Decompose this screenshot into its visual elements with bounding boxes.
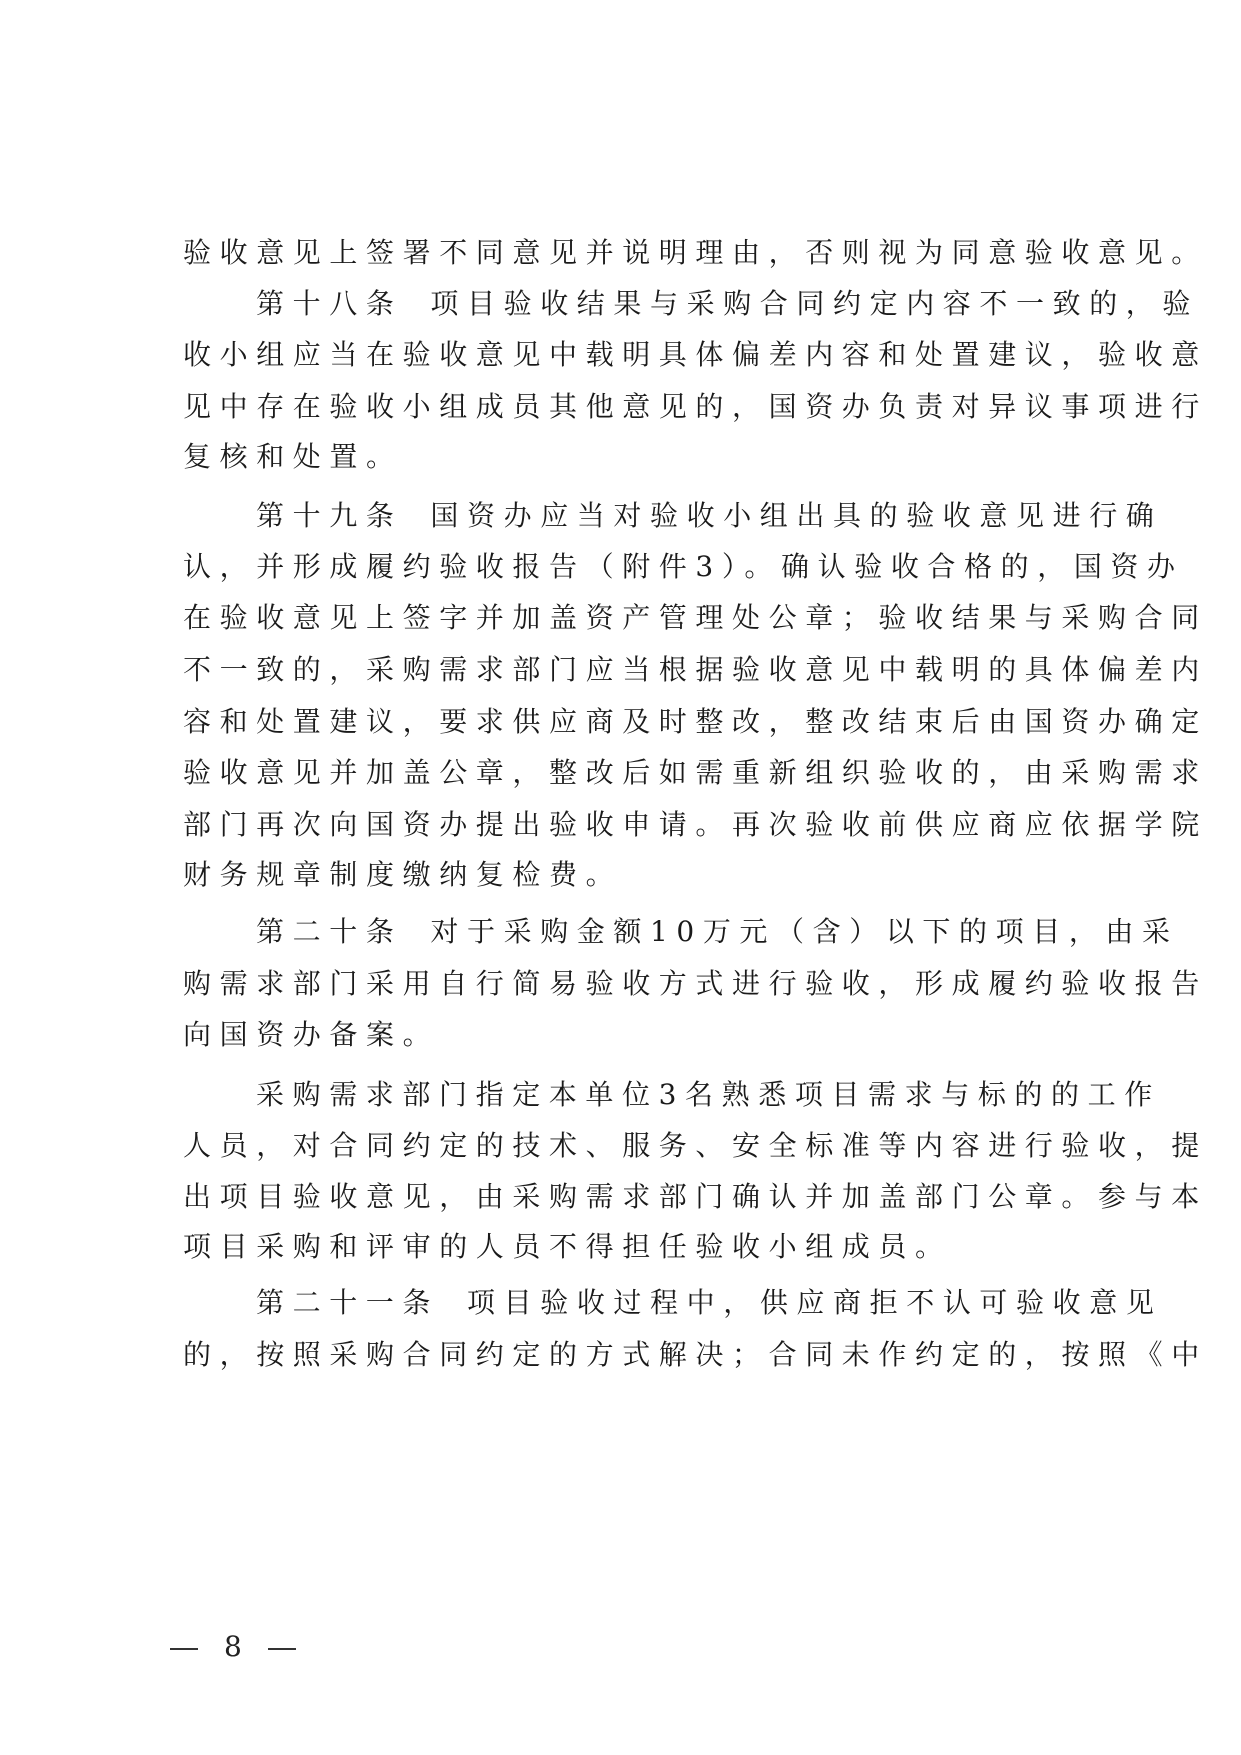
text-line: 认，并形成履约验收报告（附件3）。确认验收合格的，国资办 [183, 551, 1184, 583]
text-line: 收小组应当在验收意见中载明具体偏差内容和处置建议，验收意 [183, 339, 1208, 371]
article-21-first-line: 第二十一条项目验收过程中，供应商拒不认可验收意见 [256, 1287, 1162, 1319]
text-line: 购需求部门采用自行简易验收方式进行验收，形成履约验收报告 [183, 968, 1208, 1000]
article-heading: 第十八条 [256, 287, 402, 320]
text-line: 验收意见上签署不同意见并说明理由，否则视为同意验收意见。 [183, 237, 1208, 269]
article-18-first-line: 第十八条项目验收结果与采购合同约定内容不一致的，验 [256, 288, 1199, 320]
text-line: 见中存在验收小组成员其他意见的，国资办负责对异议事项进行 [183, 391, 1208, 423]
page-footer: 8 [170, 1630, 296, 1663]
text-line: 项目验收结果与采购合同约定内容不一致的，验 [430, 287, 1199, 320]
dash-left-icon [170, 1648, 198, 1650]
article-19-first-line: 第十九条国资办应当对验收小组出具的验收意见进行确 [256, 500, 1162, 532]
text-line: 在验收意见上签字并加盖资产管理处公章；验收结果与采购合同 [183, 602, 1208, 634]
text-line: 对于采购金额10万元（含）以下的项目，由采 [430, 915, 1178, 948]
text-line: 验收意见并加盖公章，整改后如需重新组织验收的，由采购需求 [183, 757, 1208, 789]
text-line: 项目验收过程中，供应商拒不认可验收意见 [467, 1286, 1162, 1319]
article-heading: 第十九条 [256, 499, 402, 532]
text-line: 采购需求部门指定本单位3名熟悉项目需求与标的的工作 [256, 1079, 1161, 1111]
text-line: 国资办应当对验收小组出具的验收意见进行确 [430, 499, 1162, 532]
text-line: 财务规章制度缴纳复检费。 [183, 859, 622, 891]
text-line: 容和处置建议，要求供应商及时整改，整改结束后由国资办确定 [183, 706, 1208, 738]
text-line: 出项目验收意见，由采购需求部门确认并加盖部门公章。参与本 [183, 1181, 1208, 1213]
text-line: 复核和处置。 [183, 441, 403, 473]
text-line: 人员，对合同约定的技术、服务、安全标准等内容进行验收，提 [183, 1130, 1208, 1162]
text-line: 不一致的，采购需求部门应当根据验收意见中载明的具体偏差内 [183, 654, 1208, 686]
text-line: 部门再次向国资办提出验收申请。再次验收前供应商应依据学院 [183, 809, 1208, 841]
article-heading: 第二十一条 [256, 1286, 439, 1319]
page-number: 8 [224, 1630, 242, 1663]
text-line: 向国资办备案。 [183, 1019, 439, 1051]
dash-right-icon [268, 1648, 296, 1650]
text-line: 的，按照采购合同约定的方式解决；合同未作约定的，按照《中 [183, 1339, 1208, 1371]
document-page: 验收意见上签署不同意见并说明理由，否则视为同意验收意见。 第十八条项目验收结果与… [0, 0, 1241, 1755]
article-heading: 第二十条 [256, 915, 402, 948]
article-20-first-line: 第二十条对于采购金额10万元（含）以下的项目，由采 [256, 916, 1179, 948]
text-line: 项目采购和评审的人员不得担任验收小组成员。 [183, 1231, 952, 1263]
